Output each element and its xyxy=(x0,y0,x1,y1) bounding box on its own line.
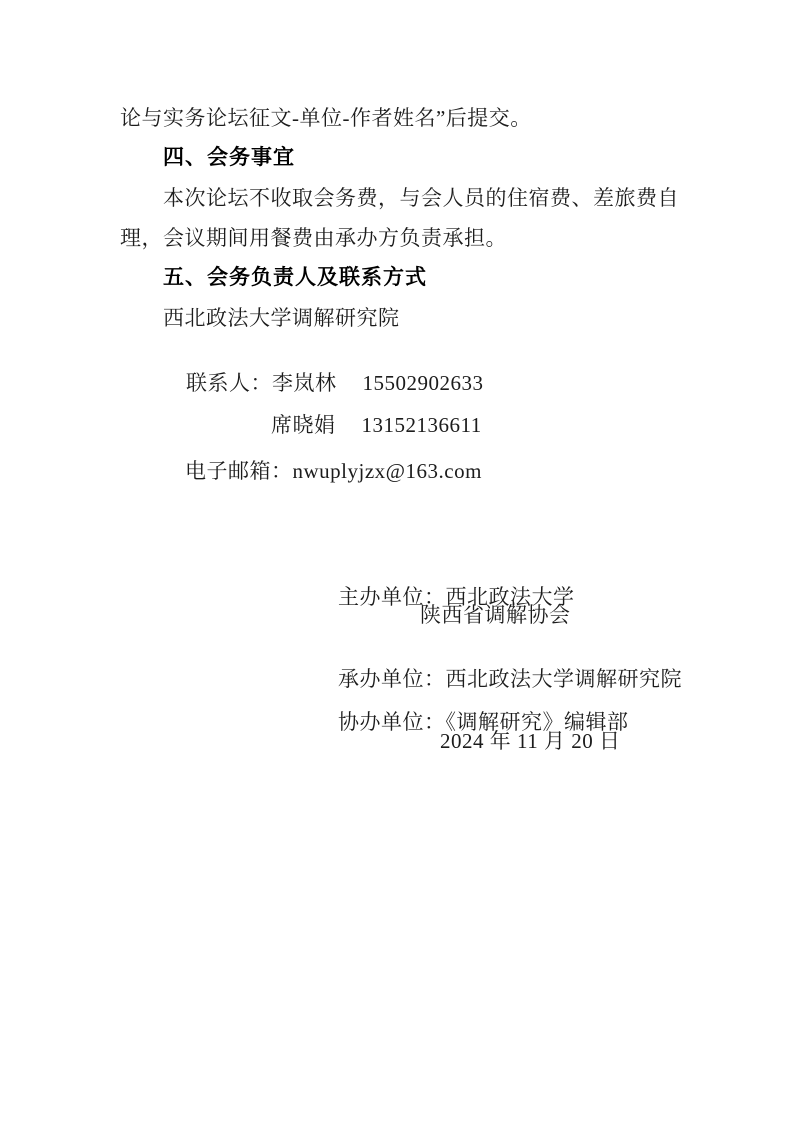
email-label: 电子邮箱： xyxy=(185,459,293,483)
continuation-text: 论与实务论坛征文-单位-作者姓名”后提交。 xyxy=(120,107,532,130)
section-4-body-line-2: 理，会议期间用餐费由承办方负责承担。 xyxy=(120,227,507,250)
section-5-heading: 五、会务负责人及联系方式 xyxy=(163,266,427,289)
host-organization-2: 陕西省调解协会 xyxy=(420,604,571,627)
co-organizer-label: 协办单位： xyxy=(338,710,446,734)
contact-2-phone: 13152136611 xyxy=(362,413,482,437)
contact-2-name: 席晓娟 xyxy=(271,413,336,437)
organization-name: 西北政法大学调解研究院 xyxy=(163,307,400,330)
document-date: 2024 年 11 月 20 日 xyxy=(440,730,620,753)
email-line: 电子邮箱：nwuplyjzx@163.com xyxy=(162,437,482,506)
email-address: nwuplyjzx@163.com xyxy=(293,459,482,483)
document-page: 论与实务论坛征文-单位-作者姓名”后提交。 四、会务事宜 本次论坛不收取会务费，… xyxy=(0,0,793,1122)
section-4-body-line-1: 本次论坛不收取会务费，与会人员的住宿费、差旅费自 xyxy=(163,187,679,210)
section-4-heading: 四、会务事宜 xyxy=(163,146,295,169)
